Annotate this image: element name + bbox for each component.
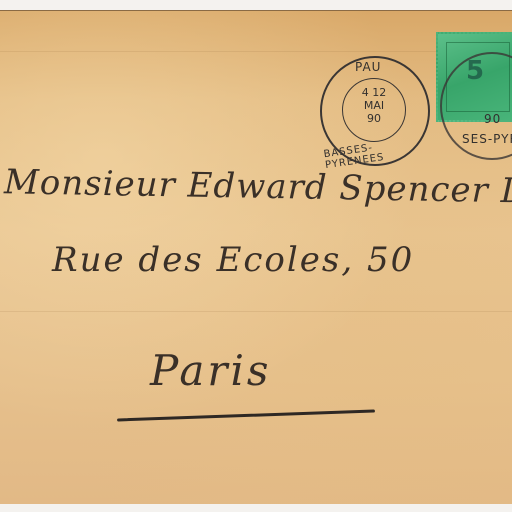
postmark-date: 4 12 MAI 90 (352, 86, 396, 125)
paper-crease (0, 311, 512, 312)
second-postmark-year: 90 (484, 112, 501, 126)
postmark-year: 90 (352, 112, 396, 125)
postmark-day: 12 (372, 86, 386, 99)
address-line-2: Rue des Ecoles, 50 (52, 240, 414, 280)
postmark: PAU BASSES-PYRENEES 4 12 MAI 90 (320, 56, 430, 166)
postmark-town: PAU (355, 60, 381, 74)
second-postmark-region: SES-PYR (462, 132, 512, 146)
postmark-month: MAI (352, 99, 396, 112)
postmark-hour: 4 (362, 86, 369, 99)
address-line-3: Paris (150, 346, 271, 395)
